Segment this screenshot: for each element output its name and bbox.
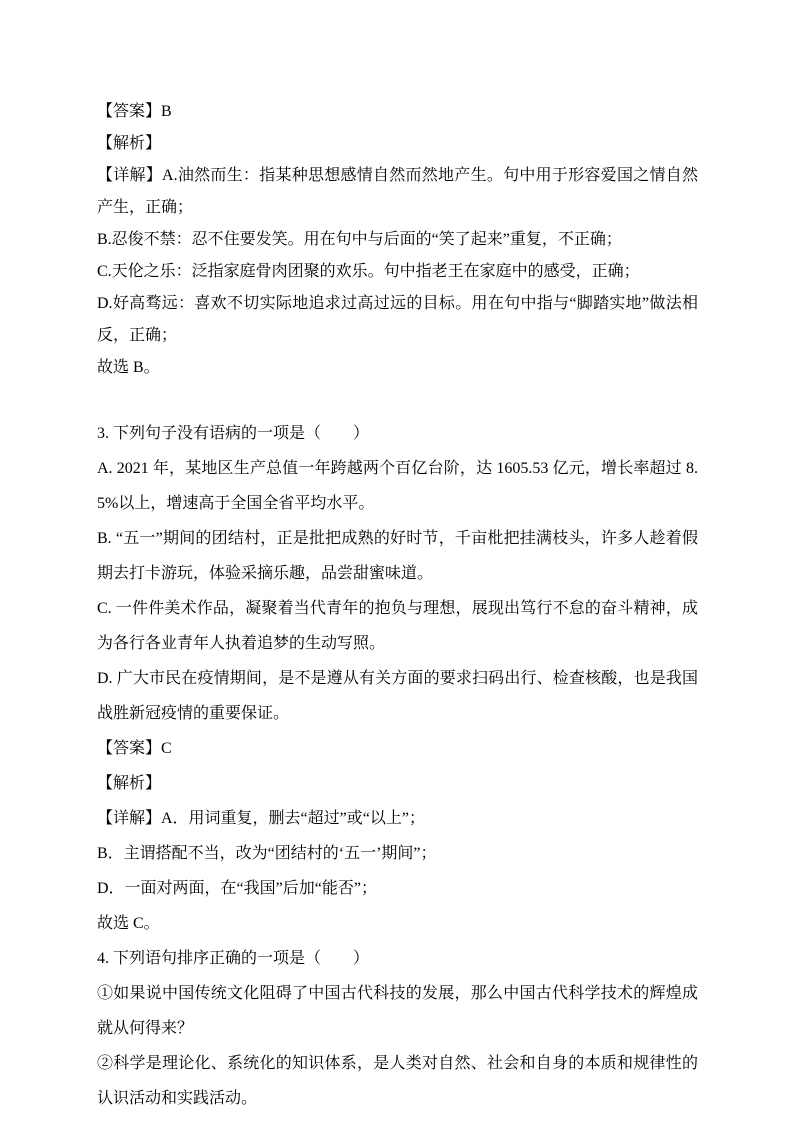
q3-option-c: C. 一件件美术作品，凝聚着当代青年的抱负与理想，展现出笃行不怠的奋斗精神，成为…	[97, 591, 698, 661]
q3-analysis-label: 【解析】	[97, 766, 698, 801]
q2-answer-line: 【答案】B	[97, 96, 698, 128]
question-2-explanation-block: 【答案】B 【解析】 【详解】A.油然而生：指某种思想感情自然而然地产生。句中用…	[97, 96, 698, 384]
q2-analysis-label: 【解析】	[97, 128, 698, 160]
q2-conclusion-line: 故选 B。	[97, 352, 698, 384]
q3-option-b: B. “五一”期间的团结村，正是批把成熟的好时节，千亩枇把挂满枝头，许多人趁着假…	[97, 521, 698, 591]
q3-detail-option-d: D．一面对两面，在“我国”后加“能否”；	[97, 871, 698, 906]
q2-detail-option-d: D.好高骛远：喜欢不切实际地追求过高过远的目标。用在句中指与“脚踏实地”做法相反…	[97, 288, 698, 352]
q3-conclusion-line: 故选 C。	[97, 906, 698, 941]
question-4-title: 4. 下列语句排序正确的一项是（ ）	[97, 941, 698, 976]
q2-detail-option-b: B.忍俊不禁：忍不住要发笑。用在句中与后面的“笑了起来”重复，不正确；	[97, 224, 698, 256]
question-3-title: 3. 下列句子没有语病的一项是（ ）	[97, 416, 698, 451]
q3-option-a: A. 2021 年，某地区生产总值一年跨越两个百亿台阶，达 1605.53 亿元…	[97, 451, 698, 521]
q2-detail-option-a: 【详解】A.油然而生：指某种思想感情自然而然地产生。句中用于形容爱国之情自然产生…	[97, 160, 698, 224]
q3-detail-option-b: B．主谓搭配不当，改为“团结村的‘五一’期间”；	[97, 836, 698, 871]
questions-3-4-block: 3. 下列句子没有语病的一项是（ ） A. 2021 年，某地区生产总值一年跨越…	[97, 416, 698, 1116]
q2-detail-option-c: C.天伦之乐：泛指家庭骨肉团聚的欢乐。句中指老王在家庭中的感受，正确；	[97, 256, 698, 288]
q4-sentence-2: ②科学是理论化、系统化的知识体系，是人类对自然、社会和自身的本质和规律性的认识活…	[97, 1046, 698, 1116]
q3-option-d: D. 广大市民在疫情期间，是不是遵从有关方面的要求扫码出行、检查核酸，也是我国战…	[97, 661, 698, 731]
q4-sentence-1: ①如果说中国传统文化阻碍了中国古代科技的发展，那么中国古代科学技术的辉煌成就从何…	[97, 976, 698, 1046]
q3-detail-option-a: 【详解】A．用词重复，删去“超过”或“以上”；	[97, 801, 698, 836]
document-content: 【答案】B 【解析】 【详解】A.油然而生：指某种思想感情自然而然地产生。句中用…	[0, 0, 794, 1116]
document-page: 【答案】B 【解析】 【详解】A.油然而生：指某种思想感情自然而然地产生。句中用…	[0, 0, 794, 1123]
q3-answer-line: 【答案】C	[97, 731, 698, 766]
